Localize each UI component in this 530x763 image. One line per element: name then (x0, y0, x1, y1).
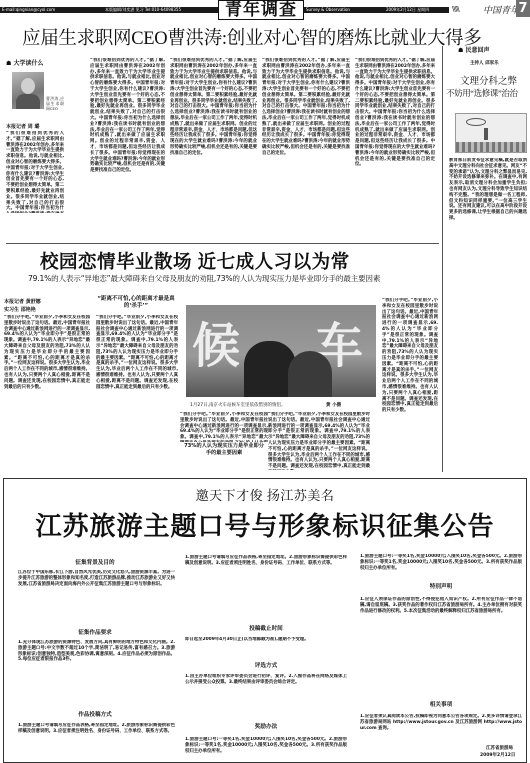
ad-section-body-4: 1.由主办单位组织专家评审委员会进行初评、复评。2.入围作品将在网络及媒体上公示… (185, 674, 347, 706)
sidebar-host: 主持人 邱家乐 (470, 60, 499, 66)
hatch-decoration: \\\\\ (452, 5, 459, 13)
portrait-body (16, 94, 40, 109)
masthead-bar-left: E-mail:qingnian@cyol.com 本版编辑/刘奕湛 见习 Tel… (0, 7, 218, 13)
ad-section-heading-6: 特别声明 (360, 582, 522, 590)
ad-section-body-0: 江苏位于中国东部,长江下游,自然风光优美,历史文化悠久,旅游资源丰富。为进一步提… (18, 570, 175, 617)
article2-headline: 校园恋情毕业散场 近七成人习以为常 (40, 248, 350, 274)
ad-signature-date: 2009年2月12日 (480, 752, 515, 758)
article2-col3: “我们分手吧。”毕业前夕,小李和女友在校园里散步时说出了这句话。最近,中国青年报… (180, 412, 268, 442)
portrait-head (21, 78, 35, 94)
article2-col1: “我们分手吧。”毕业前夕,小李和女友在校园里散步时说出了这句话。最近,中国青年报… (4, 315, 90, 470)
ad-section-heading-2: 作品投稿方式 (20, 710, 170, 718)
ad-section-body-2: 1.旅游主题口号请填写应征作品表格,寄至指定地址。2.旅游形象标识需提供彩色样稿… (18, 723, 175, 761)
article1-byline: 本报记者 周 璐 (6, 123, 39, 130)
ad-section-body-5: 1.旅游主题口号:一等奖1名,奖金10000元;入围奖10名,奖金各500元。2… (185, 737, 347, 761)
article2-subhead2: 73%的人认为现实压力是毕业即分手的最主要因素 (182, 443, 266, 457)
article2-byline-reporter: 本报记者 黄舒娜 (4, 298, 41, 305)
divider-sidebar (442, 46, 443, 472)
sidebar-headline-2: 不妨用“选修课”治治 (446, 87, 518, 99)
masthead-editor-info: 本版编辑/刘奕湛 见习 Tel:010-64098355 (105, 6, 181, 14)
masthead-bar-right: Survey & Observation 2009年2月12日 星期四 (304, 7, 449, 13)
cartoon-bubble (466, 118, 486, 126)
ad-section-heading-1: 征集作品要求 (20, 628, 170, 636)
page-number: 7 (516, 0, 530, 17)
ad-section-body-2-cont: 1.旅游主题口号请填写应征作品表格,寄至指定地址。2.旅游形象标识需提供彩色样稿… (185, 555, 347, 615)
sidebar-headline-1: 文理分科之弊 (460, 73, 517, 87)
ad-slogan: 邀天下才俊 扬江苏美名 (0, 485, 530, 504)
ad-section-body-6: 1.应征人须保证作品的原创性,不得侵犯他人知识产权。2.所有应征作品一律不退稿,… (360, 597, 522, 689)
cartoon-figure (484, 128, 488, 140)
article2-col2: “我们分手吧。”毕业前夕,小李和女友在校园里散步时说出了这句话。最近,中国青年报… (96, 315, 178, 470)
masthead-section-en: Survey & Observation (306, 6, 350, 14)
article1-photo-caption: 曹洪涛,应届生求职网CEO (46, 96, 64, 118)
article1-col3: “我们很难招到优秀的人才。”据了解,应届生求职网由曹洪涛在2002年创办,多年来… (170, 58, 257, 213)
sidebar-body: 教育部日前发布征求意见稿,就是否取消高中文理分科向社会征求意见。网友“不变的承诺… (449, 158, 527, 470)
article2-col4: “我们分手吧。”毕业前夕,小李和女友在校园里散步时说出了这句话。最近,中国青年报… (268, 412, 370, 470)
section-title: 青年调查 (218, 0, 304, 20)
ad-section-body-3: 即日起至2009年4月30日止(以当地邮戳为准),逾期不予受理。 (185, 637, 347, 649)
ad-section-heading-0: 征集背景及目的 (20, 558, 170, 566)
ad-section-body-7: 1.应征者须认真阅读本公告,投稿即视为同意本公告各项规定。2.更多详情请登录江苏… (360, 714, 522, 740)
article1-col5: “我们很难招到优秀的人才。”据了解,应届生求职网由曹洪涛在2002年创办,多年来… (355, 58, 435, 213)
column-tag-daxue: ☗ 大学读什么 (6, 58, 43, 67)
ad-signature: 江苏省旅游局 (486, 745, 513, 751)
article2-photo-caption: 1月27日,南京火车站候车室里依依惜别的情侣。 (190, 402, 286, 408)
divider-article1 (6, 243, 439, 244)
article1-col4: “我们很难招到优秀的人才。”据了解,应届生求职网由曹洪涛在2002年创办,多年来… (262, 58, 350, 213)
masthead-date: 2009年2月12日 星期四 (386, 6, 429, 14)
article1-portrait-photo (12, 72, 44, 109)
article2-subhead1: “距离不可怕,心的距离才最是真的‘杀手’” (96, 296, 176, 310)
article1-headline: 应届生求职网CEO曹洪涛:创业对心智的磨炼比就业大得多 (22, 24, 482, 50)
cartoon-ground (456, 142, 527, 153)
article1-col1: “我们很难招到优秀的人才。”据了解,应届生求职网由曹洪涛在2002年创办,多年来… (6, 131, 64, 213)
ad-section-heading-5: 奖励办法 (185, 722, 347, 730)
ad-section-heading-3: 投稿截止时间 (185, 624, 347, 632)
sidebar-cartoon (455, 113, 527, 153)
article2-byline-intern: 实习生 邵艳艳 (4, 306, 36, 313)
ad-section-body-1: 1.充分体现江苏旅游的资源特色、发展方向,具有鲜明的地方特色和文化内涵。2.旅游… (18, 640, 175, 695)
masthead-email: E-mail:qingnian@cyol.com (2, 6, 55, 14)
article2-col5: “我们分手吧。”毕业前夕,小李和女友在校园里散步时说出了这句话。最近,中国青年报… (382, 298, 438, 470)
photo-person-2 (288, 351, 332, 397)
ad-section-heading-4: 评选方式 (185, 661, 347, 669)
article2-photo: 候车 (186, 305, 376, 397)
article1-col2: “我们很难招到优秀的人才。”据了解,应届生求职网由曹洪涛在2002年创办,多年来… (90, 58, 165, 213)
article2-subheadline: 79.1%的人表示“异地恋”最大障碍来自父母及朋友的劝阻,73%的人认为现实压力… (28, 273, 380, 284)
ad-section-heading-7: 相关事项 (360, 700, 522, 708)
ad-title: 江苏旅游主题口号与形象标识征集公告 (0, 506, 530, 543)
article2-photo-credit: 黄 小摄 (326, 402, 341, 408)
ad-section-body-5-cont: 1.旅游主题口号:一等奖1名,奖金10000元;入围奖10名,奖金各500元。2… (360, 554, 522, 572)
sidebar-column-tag: ☗ 民意回声 (458, 45, 489, 54)
